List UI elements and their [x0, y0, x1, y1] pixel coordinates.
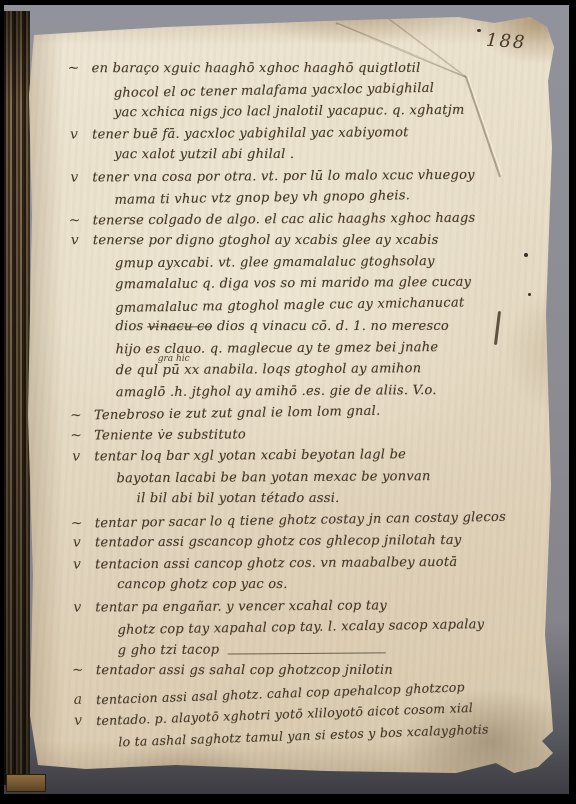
line-text: yac xalot yutzil abi ghilal . [92, 147, 294, 162]
line-text: gmamalaluc q. diga vos so mi marido ma g… [93, 275, 471, 293]
ink-dot [528, 293, 531, 296]
check-mark: v [60, 712, 97, 729]
check-mark: ~ [59, 515, 95, 532]
line-text: tener vna cosa por otra. vt. por lū lo m… [92, 167, 474, 185]
interlinear-note: gra hic [158, 354, 190, 364]
check-mark [56, 192, 92, 193]
line-text: hijo es clauo. q. maglecue ay te gmez be… [94, 340, 439, 357]
line-text: de qul pū xx anabila. loqs gtoghol ay am… [94, 361, 422, 378]
line-text: dios v̶i̶n̶a̶c̶u̶ ̶c̶o̶ dios q vinacu cō… [93, 319, 449, 334]
line-text: tentar pa engañar. y vencer xcahal cop t… [95, 598, 387, 615]
manuscript-line: v tener buē fā. yacxloc yabighilal yac x… [56, 124, 538, 149]
ink-dot [477, 29, 481, 32]
check-mark: v [56, 169, 92, 185]
binding-foot [6, 774, 46, 792]
manuscript-text-block: gra hic ~ en baraço xguic haaghō xghoc h… [56, 59, 543, 750]
folio-number: 188 [485, 30, 527, 54]
check-mark: ~ [58, 407, 94, 424]
check-mark [57, 300, 93, 301]
photo-frame: 188 gra hic ~ en baraço xguic haaghō xgh… [0, 0, 576, 804]
line-text: tener buē fā. yacxloc yabighilal yac xab… [92, 125, 409, 142]
book-binding-edge [4, 11, 30, 785]
check-mark: v [57, 232, 93, 248]
check-mark: ~ [60, 662, 96, 678]
manuscript-line: yac xalot yutzil abi ghilal . [56, 147, 538, 169]
line-text: cancop ghotz cop yac os. [95, 577, 287, 592]
check-mark: ~ [58, 427, 94, 443]
manuscript-line: cancop ghotz cop yac os. [59, 577, 541, 599]
line-text: tentar loq bar xgl yotan xcabi beyotan l… [94, 447, 406, 464]
line-text: g gho tzi tacop [96, 642, 220, 658]
manuscript-line: v tenerse por digno gtoghol ay xcabis gl… [57, 233, 539, 255]
check-mark: a [60, 691, 97, 708]
line-text: il bil abi bil yotan tétado assi. [95, 491, 340, 506]
backdrop: 188 gra hic ~ en baraço xguic haaghō xgh… [4, 5, 569, 794]
check-mark: ~ [56, 60, 92, 76]
line-text: ghocol el oc tener malafama yacxloc yabi… [92, 80, 435, 100]
ink-dot [524, 253, 528, 257]
line-text: mama ti vhuc vtz gnop bey vh gnopo gheis… [92, 188, 410, 208]
ink-rule [227, 641, 385, 654]
line-text: tentador assi gs sahal cop ghotzcop jnil… [96, 663, 393, 678]
check-mark [59, 622, 95, 623]
line-text: gmup ayxcabi. vt. glee gmamalaluc gtoghs… [93, 254, 435, 271]
check-mark: v [56, 126, 92, 142]
check-mark: ~ [57, 212, 93, 228]
line-text: Tenebroso ie zut zut gnal ie lom lom gna… [94, 404, 381, 423]
check-mark: v [58, 448, 94, 464]
check-mark: v [59, 534, 95, 550]
check-mark [56, 85, 92, 86]
line-text: amaglō .h. jtghol ay amihō .es. gie de a… [94, 383, 437, 400]
manuscript-page: 188 gra hic ~ en baraço xguic haaghō xgh… [26, 15, 554, 779]
line-text: bayotan lacabi be ban yotan mexac be yon… [94, 469, 430, 486]
line-text: tentacion assi cancop ghotz cos. vn maab… [95, 554, 457, 572]
line-text: tenerse por digno gtoghol ay xcabis glee… [93, 233, 439, 248]
line-text: en baraço xguic haaghō xghoc haaghō quig… [92, 61, 421, 76]
manuscript-line: v tentacion assi cancop ghotz cos. vn ma… [59, 554, 541, 579]
check-mark: v [59, 599, 95, 615]
check-mark: v [59, 556, 95, 572]
manuscript-line: dios v̶i̶n̶a̶c̶u̶ ̶c̶o̶ dios q vinacu cō… [57, 319, 539, 341]
manuscript-line: bayotan lacabi be ban yotan mexac be yon… [58, 468, 540, 493]
